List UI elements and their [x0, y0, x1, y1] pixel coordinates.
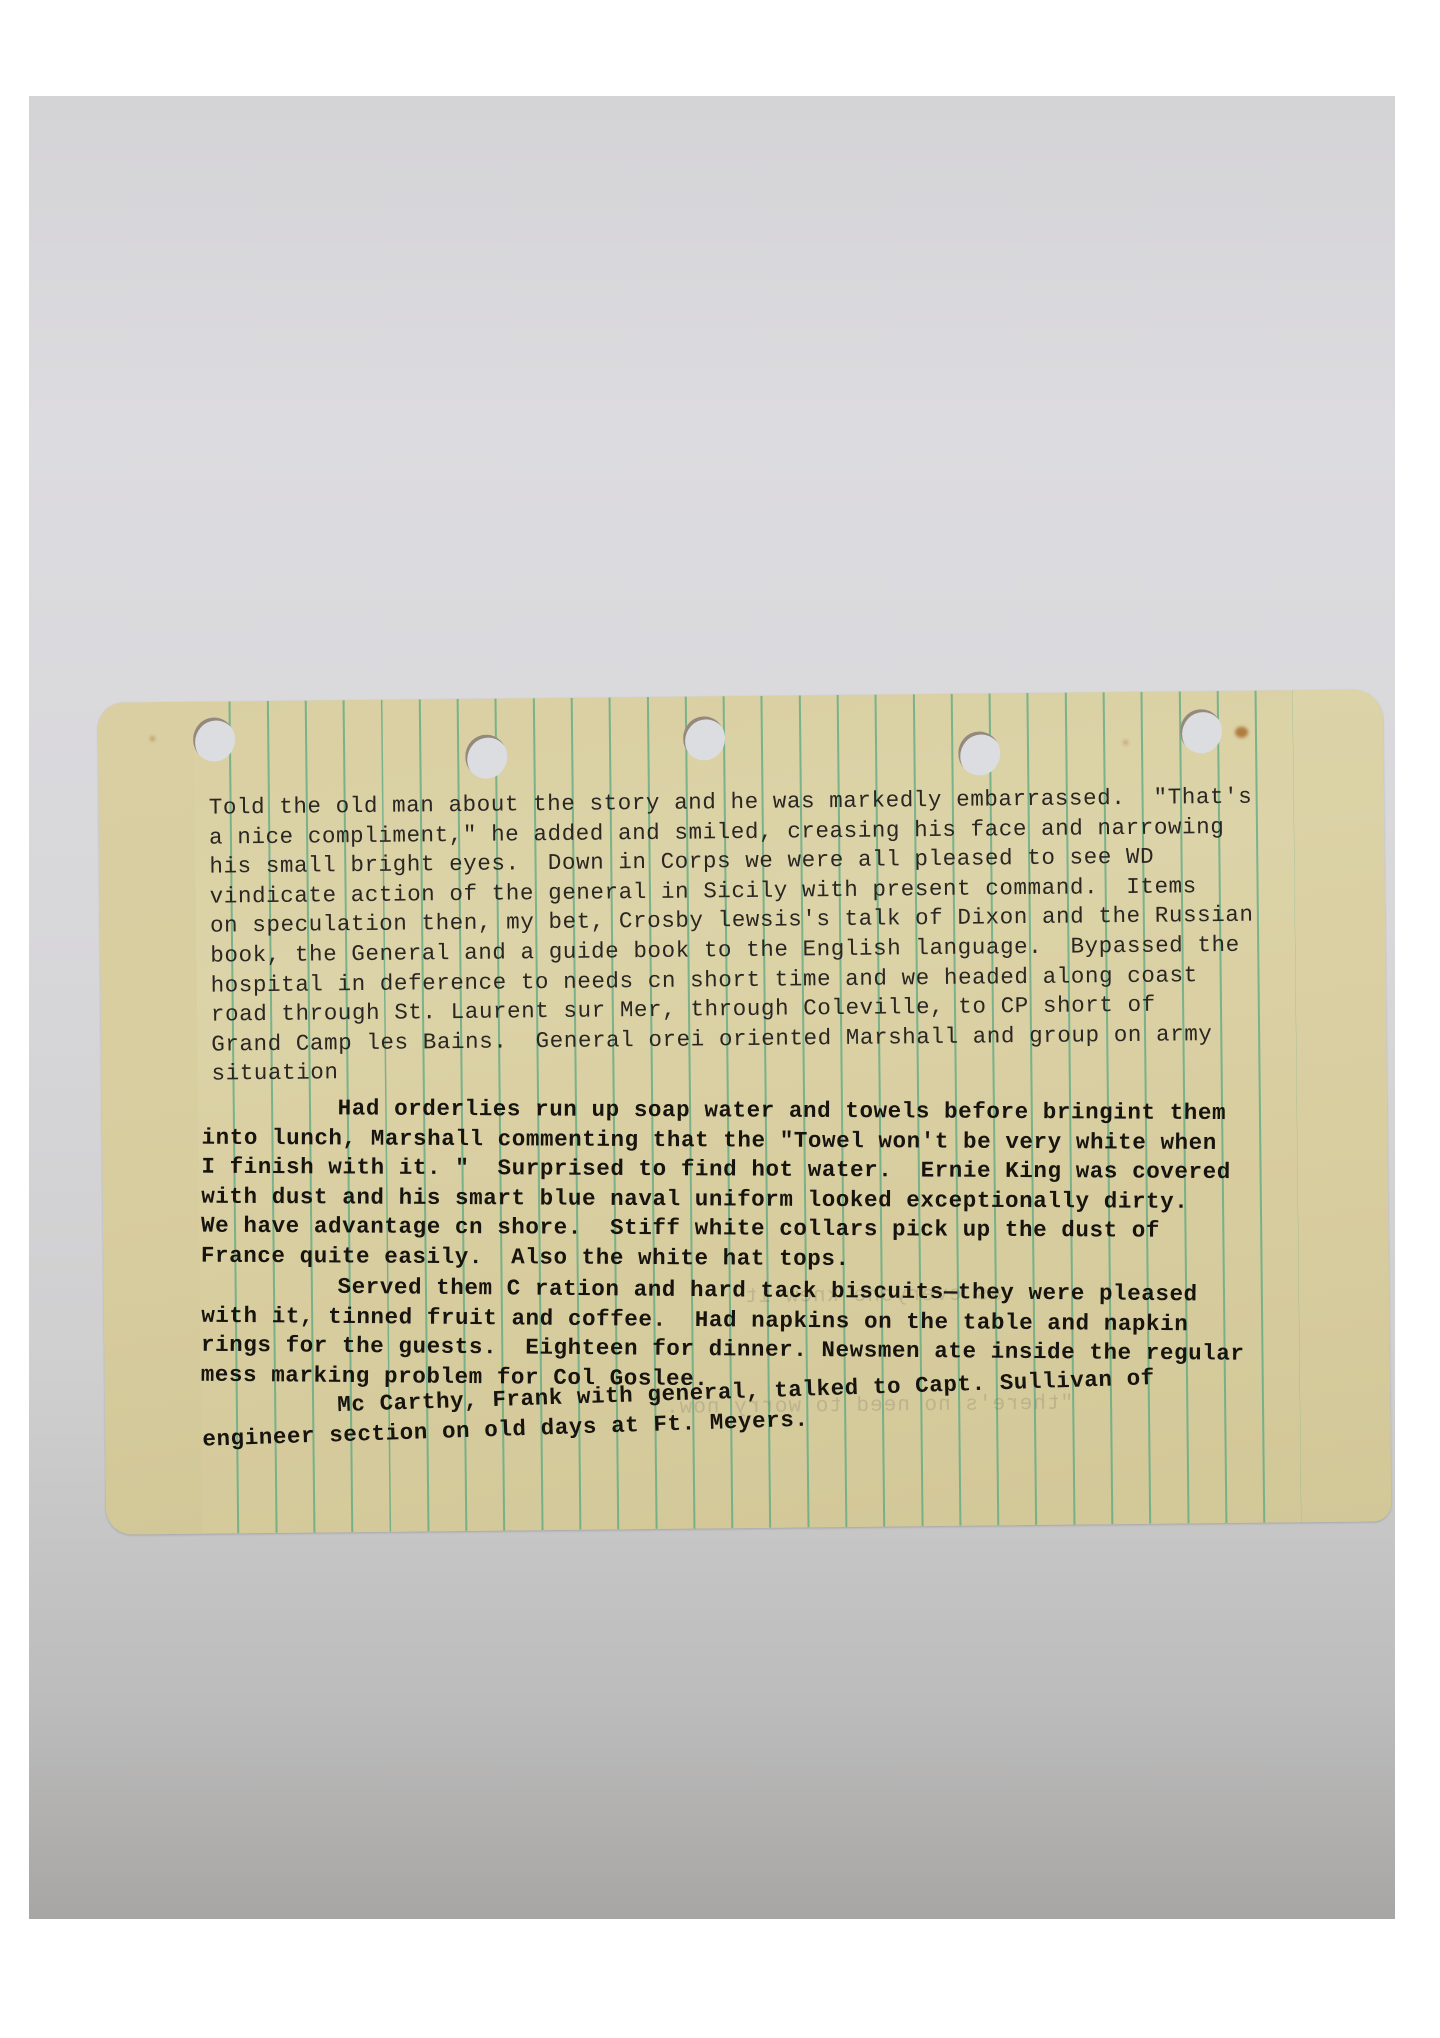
rust-stain — [150, 736, 155, 741]
text-line: France quite easily. Also the white hat … — [201, 1242, 1321, 1277]
diary-card: "there's no need to worry now. as everyo… — [98, 689, 1392, 1534]
punch-hole-icon — [193, 717, 235, 761]
rust-stain — [1123, 740, 1128, 745]
punch-hole-icon — [958, 731, 1000, 775]
rust-stain — [1235, 727, 1248, 738]
paragraph-2: Had orderlies run up soap water and towe… — [201, 1094, 1322, 1277]
punch-hole-icon — [1180, 709, 1222, 753]
typewritten-text: Told the old man about the story and he … — [209, 782, 1326, 1455]
scan-backdrop: "there's no need to worry now. as everyo… — [29, 96, 1395, 1919]
punch-hole-icon — [465, 734, 507, 778]
paragraph-1: Told the old man about the story and he … — [209, 782, 1322, 1090]
punch-hole-icon — [683, 716, 725, 760]
